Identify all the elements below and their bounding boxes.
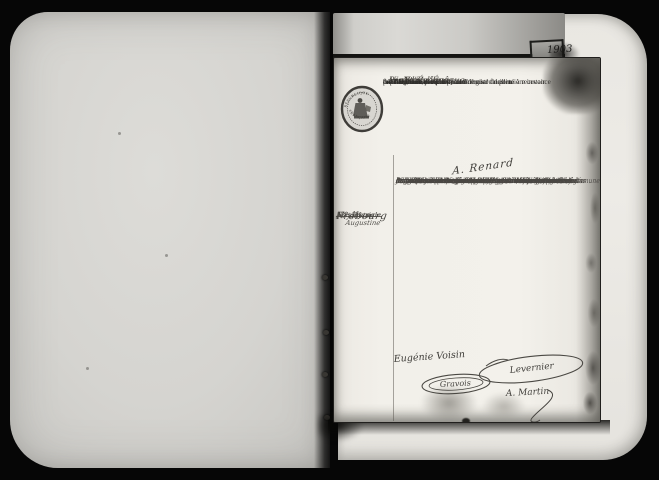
binding-stitch: [322, 372, 328, 377]
declarant-signature: Eugénie Voisin: [392, 349, 465, 365]
paper-speck: [165, 254, 168, 257]
printed-line: mil neuf cent deux.: [383, 76, 440, 88]
signature-flourish: [486, 359, 508, 366]
blank-left-page: [10, 12, 330, 468]
binding-stitch: [322, 275, 328, 280]
act-line: nous après lecture.: [395, 176, 455, 186]
archival-book-scan: 1903 RÉPUBLIQUE FRANÇAIS: [0, 0, 659, 480]
paper-speck: [86, 367, 89, 370]
officer-signature: A. Martin: [505, 387, 550, 399]
margin-divider: [336, 216, 382, 217]
signatures-block: Eugénie Voisin Levernier Gravois A. Mart…: [390, 346, 601, 423]
register-page: RÉPUBLIQUE FRANÇAISE Par Nous, Président…: [333, 57, 601, 423]
paper-speck: [118, 132, 121, 135]
binding-stitch: [323, 330, 329, 335]
tribunal-president-signature: A. Renard: [452, 157, 514, 178]
witness2-signature: Gravois: [440, 378, 471, 389]
witness1-signature: Levernier: [508, 361, 555, 376]
republique-francaise-stamp-icon: RÉPUBLIQUE FRANÇAISE: [340, 85, 384, 133]
